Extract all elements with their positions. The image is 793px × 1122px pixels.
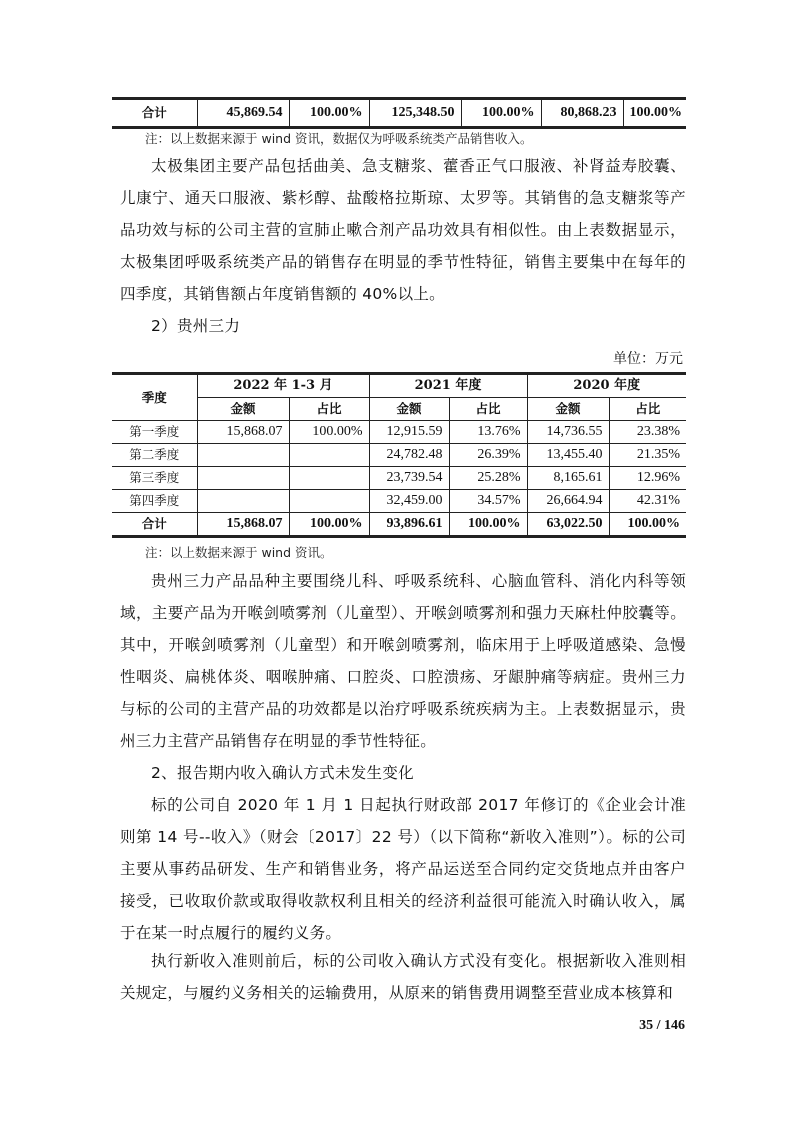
table-cell bbox=[289, 490, 369, 513]
header-amount: 金额 bbox=[369, 398, 449, 421]
header-ratio: 占比 bbox=[609, 398, 686, 421]
total-cell: 125,348.50 bbox=[369, 99, 461, 128]
quarter-label: 第一季度 bbox=[112, 421, 197, 444]
table-row-total: 合计 45,869.54 100.00% 125,348.50 100.00% … bbox=[112, 99, 686, 128]
total-label: 合计 bbox=[112, 513, 197, 537]
table-row-total: 合计 15,868.07 100.00% 93,896.61 100.00% 6… bbox=[112, 513, 686, 537]
header-period: 2020 年度 bbox=[527, 374, 686, 398]
table-cell bbox=[197, 444, 289, 467]
total-cell: 15,868.07 bbox=[197, 513, 289, 537]
table-row: 第三季度 23,739.54 25.28% 8,165.61 12.96% bbox=[112, 467, 686, 490]
table-note: 注：以上数据来源于 wind 资讯。 bbox=[145, 543, 333, 561]
table-cell bbox=[289, 467, 369, 490]
section-heading: 2）贵州三力 bbox=[120, 310, 686, 342]
total-cell: 100.00% bbox=[609, 513, 686, 537]
table-cell: 14,736.55 bbox=[527, 421, 609, 444]
paragraph: 执行新收入准则前后，标的公司收入确认方式没有变化。根据新收入准则相关规定，与履约… bbox=[120, 945, 686, 1009]
table-cell: 8,165.61 bbox=[527, 467, 609, 490]
table-note: 注：以上数据来源于 wind 资讯，数据仅为呼吸系统类产品销售收入。 bbox=[145, 129, 533, 147]
total-cell: 63,022.50 bbox=[527, 513, 609, 537]
quarter-label: 第二季度 bbox=[112, 444, 197, 467]
quarter-label: 第四季度 bbox=[112, 490, 197, 513]
table-cell: 34.57% bbox=[449, 490, 527, 513]
paragraph: 标的公司自 2020 年 1 月 1 日起执行财政部 2017 年修订的《企业会… bbox=[120, 789, 686, 949]
header-period: 2021 年度 bbox=[369, 374, 527, 398]
unit-label: 单位：万元 bbox=[613, 348, 683, 368]
table-row: 第一季度 15,868.07 100.00% 12,915.59 13.76% … bbox=[112, 421, 686, 444]
table-cell: 25.28% bbox=[449, 467, 527, 490]
table-cell: 26,664.94 bbox=[527, 490, 609, 513]
table-cell: 23.38% bbox=[609, 421, 686, 444]
table-cell: 15,868.07 bbox=[197, 421, 289, 444]
total-cell: 100.00% bbox=[461, 99, 541, 128]
table-cell bbox=[289, 444, 369, 467]
header-ratio: 占比 bbox=[289, 398, 369, 421]
table-cell bbox=[197, 490, 289, 513]
table-cell: 32,459.00 bbox=[369, 490, 449, 513]
total-cell: 100.00% bbox=[449, 513, 527, 537]
paragraph: 贵州三力产品品种主要围绕儿科、呼吸系统科、心脑血管科、消化内科等领域，主要产品为… bbox=[120, 565, 686, 757]
quarter-label: 第三季度 bbox=[112, 467, 197, 490]
table-cell: 42.31% bbox=[609, 490, 686, 513]
total-cell: 100.00% bbox=[289, 99, 369, 128]
table-cell bbox=[197, 467, 289, 490]
total-cell: 100.00% bbox=[289, 513, 369, 537]
table-cell: 21.35% bbox=[609, 444, 686, 467]
document-page: 合计 45,869.54 100.00% 125,348.50 100.00% … bbox=[0, 0, 793, 1122]
table-row: 第四季度 32,459.00 34.57% 26,664.94 42.31% bbox=[112, 490, 686, 513]
section-heading: 2、报告期内收入确认方式未发生变化 bbox=[120, 757, 686, 789]
header-ratio: 占比 bbox=[449, 398, 527, 421]
header-amount: 金额 bbox=[197, 398, 289, 421]
paragraph: 太极集团主要产品包括曲美、急支糖浆、藿香正气口服液、补肾益寿胶囊、儿康宁、通天口… bbox=[120, 150, 686, 310]
total-cell: 93,896.61 bbox=[369, 513, 449, 537]
table-cell: 24,782.48 bbox=[369, 444, 449, 467]
table-cell: 13,455.40 bbox=[527, 444, 609, 467]
table-cell: 12.96% bbox=[609, 467, 686, 490]
total-cell: 100.00% bbox=[623, 99, 686, 128]
header-period: 2022 年 1-3 月 bbox=[197, 374, 369, 398]
table-header-row: 季度 2022 年 1-3 月 2021 年度 2020 年度 bbox=[112, 374, 686, 398]
page-number: 35 / 146 bbox=[639, 1018, 685, 1034]
table-cell: 13.76% bbox=[449, 421, 527, 444]
table-cell: 100.00% bbox=[289, 421, 369, 444]
table-subheader-row: 金额 占比 金额 占比 金额 占比 bbox=[112, 398, 686, 421]
sanli-sales-table: 季度 2022 年 1-3 月 2021 年度 2020 年度 金额 占比 金额… bbox=[112, 372, 686, 538]
total-cell: 80,868.23 bbox=[541, 99, 623, 128]
header-amount: 金额 bbox=[527, 398, 609, 421]
table-cell: 26.39% bbox=[449, 444, 527, 467]
header-quarter: 季度 bbox=[112, 374, 197, 421]
taiji-sales-table-total: 合计 45,869.54 100.00% 125,348.50 100.00% … bbox=[112, 97, 686, 129]
total-cell: 45,869.54 bbox=[197, 99, 289, 128]
table-row: 第二季度 24,782.48 26.39% 13,455.40 21.35% bbox=[112, 444, 686, 467]
table-cell: 23,739.54 bbox=[369, 467, 449, 490]
total-label: 合计 bbox=[112, 99, 197, 128]
table-cell: 12,915.59 bbox=[369, 421, 449, 444]
